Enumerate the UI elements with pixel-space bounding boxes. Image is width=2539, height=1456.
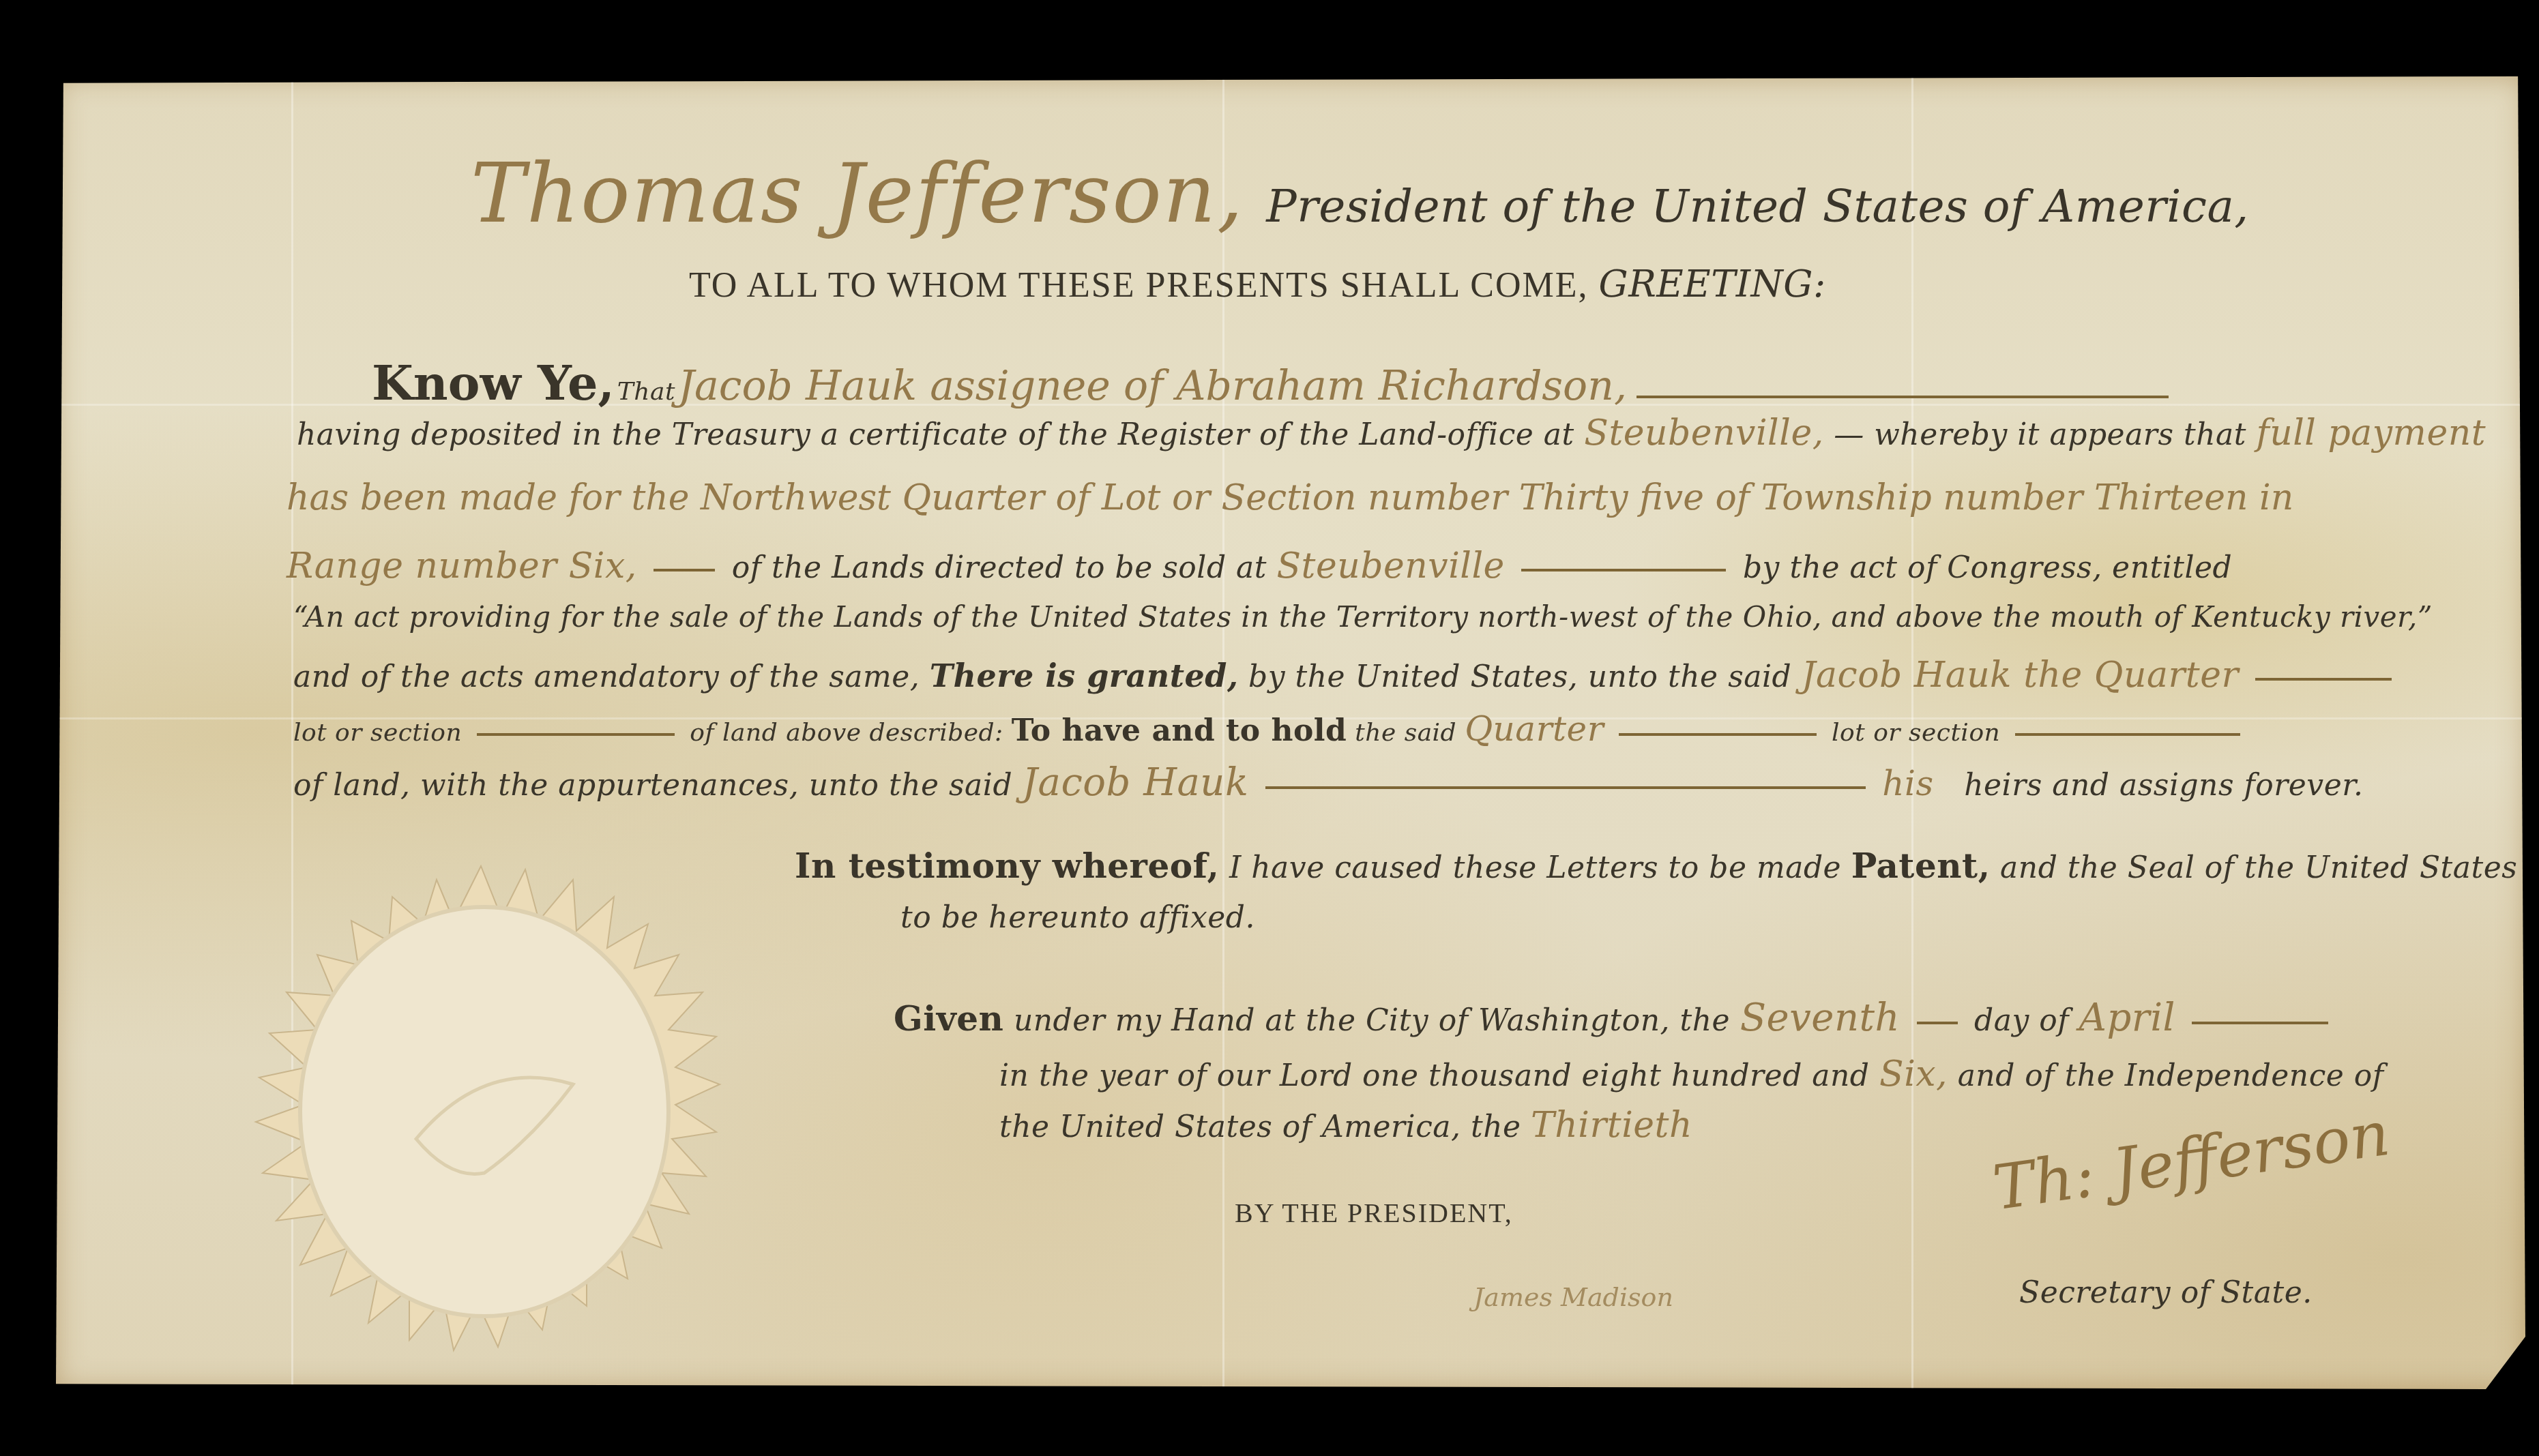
in-testimony-whereof: In testimony whereof, [795,846,1219,886]
greeting-word: GREETING: [1599,263,1826,306]
printed-text: of land, with the appurtenances, unto th… [293,768,1012,803]
his-written: his [1882,764,1933,803]
know-ye: Know Ye, [372,355,615,411]
body-line-4: Range number Six, of the Lands directed … [287,546,2232,586]
month-written: April [2079,996,2175,1040]
printed-text: of the Lands directed to be sold at [732,550,1267,585]
quarter-written: Quarter [1465,709,1604,749]
range-written: Range number Six, [287,546,637,586]
blank-line [477,733,675,736]
printed-text: day of [1974,1003,2069,1038]
year-written: Six, [1879,1054,1948,1095]
testimony-line: In testimony whereof, I have caused thes… [795,846,2517,886]
printed-text: and the Seal of the United States [2000,850,2517,885]
greeting-line: TO ALL TO WHOM THESE PRESENTS SHALL COME… [689,263,1826,306]
body-line-8: of land, with the appurtenances, unto th… [293,760,2363,805]
there-is-granted: There is granted, [930,657,1239,694]
patent-word: Patent, [1851,846,1991,886]
land-office-written: Steubenville, [1584,413,1823,454]
given-word: Given [894,998,1003,1039]
blank-line [1619,733,1817,736]
printed-text: and of the Independence of [1958,1058,2384,1093]
testimony-line-2: to be hereunto affixed. [900,900,1255,935]
independence-year-written: Thirtieth [1531,1105,1692,1146]
body-line-6: and of the acts amendatory of the same, … [293,655,2398,696]
secretary-title: Secretary of State. [2019,1275,2313,1310]
president-name-written: Thomas Jefferson [471,147,1217,241]
grantee-quarter-written: Jacob Hauk the Quarter [1802,655,2239,696]
president-title: President of the United States of Americ… [1266,180,2248,233]
printed-text: by the act of Congress, entitled [1743,550,2232,585]
printed-text: by the United States, unto the said [1248,659,1791,694]
blank-line [2192,1022,2328,1024]
body-line-7: lot or section of land above described: … [293,709,2247,749]
printed-text: under my Hand at the City of Washington,… [1014,1003,1730,1038]
blank-line [1917,1022,1958,1024]
day-written: Seventh [1740,996,1900,1040]
to-have-and-hold: To have and to hold [1012,713,1347,748]
greeting-text: TO ALL TO WHOM THESE PRESENTS SHALL COME… [689,266,1589,305]
header-line: Thomas Jefferson, President of the Unite… [471,147,2249,241]
printed-text: the said [1355,719,1456,747]
that-word: That [617,378,675,406]
body-line-5: “An act providing for the sale of the La… [293,600,2433,634]
blank-line [1521,569,1726,571]
sale-location-written: Steubenville [1277,546,1505,586]
given-line: Given under my Hand at the City of Washi… [894,996,2335,1040]
printed-text: and of the acts amendatory of the same, [293,659,920,694]
grantee-name-written: Jacob Hauk assignee of Abraham Richardso… [678,362,1627,410]
blank-line [654,569,715,571]
printed-text: of land above described: [690,719,1003,747]
blank-line [1637,396,2169,398]
by-the-president: BY THE PRESIDENT, [1235,1197,1513,1229]
grantee-written: Jacob Hauk [1023,760,1249,805]
printed-text: in the year of our Lord one thousand eig… [999,1058,1870,1093]
printed-text: the United States of America, the [999,1110,1521,1144]
know-ye-line: Know Ye, That Jacob Hauk assignee of Abr… [372,355,2175,411]
printed-text: lot or section [293,719,462,747]
embossed-seal [191,852,771,1378]
body-line-3: has been made for the Northwest Quarter … [287,477,2293,518]
printed-text: — whereby it appears that [1834,417,2246,452]
given-line-3: the United States of America, the Thirti… [999,1105,1692,1146]
blank-line [2015,733,2240,736]
printed-text: having deposited in the Treasury a certi… [297,417,1574,452]
printed-text: heirs and assigns forever. [1964,768,2363,803]
blank-line [2255,678,2392,681]
body-line-2: having deposited in the Treasury a certi… [297,413,2486,454]
blank-line [1265,786,1866,789]
given-line-2: in the year of our Lord one thousand eig… [999,1054,2384,1095]
printed-text: I have caused these Letters to be made [1229,850,1841,885]
secretary-signature: James Madison [1473,1282,1673,1312]
printed-text: lot or section [1832,719,2000,747]
full-payment-written: full payment [2256,413,2486,454]
